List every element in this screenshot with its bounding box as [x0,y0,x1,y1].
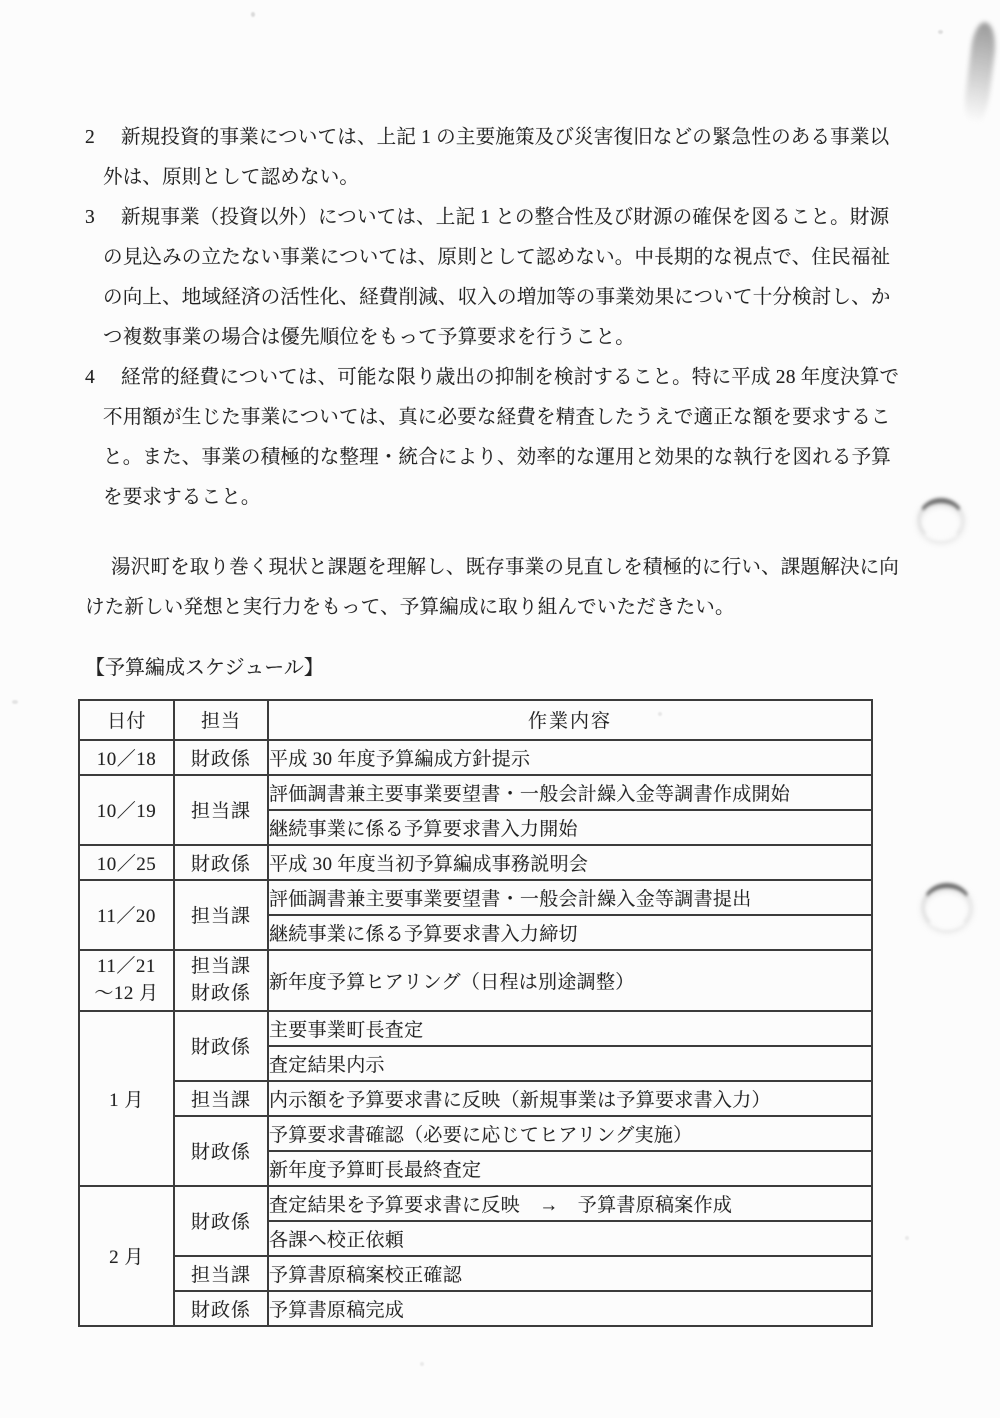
item-number: 2 [85,127,95,148]
staff-cell: 財政係 [174,1116,268,1186]
table-row: 11／21 ～12 月 担当課 財政係 新年度予算ヒアリング（日程は別途調整） [79,950,872,1011]
schedule-table: 日付 担当 作業内容 10／18 財政係 平成 30 年度予算編成方針提示 10… [78,699,873,1327]
task-cell: 査定結果を予算要求書に反映 → 予算書原稿案作成 [268,1186,872,1221]
task-cell: 評価調書兼主要事業要望書・一般会計繰入金等調書作成開始 [268,775,872,810]
staff-cell: 担当課 [174,775,268,845]
table-header-row: 日付 担当 作業内容 [79,700,872,740]
scanned-document-page: 2新規投資的事業については、上記 1 の主要施策及び災害復旧などの緊急性のある事… [0,0,1000,1418]
scan-speck [251,12,255,17]
date-cell: 10／25 [79,845,174,880]
date-cell: 11／21 ～12 月 [79,950,174,1011]
scan-speck [938,30,943,34]
date-line: ～12 月 [80,980,173,1007]
item-text: 新規投資的事業については、上記 1 の主要施策及び災害復旧などの緊急性のある事業… [103,127,889,188]
column-header-task: 作業内容 [268,700,872,740]
task-cell: 内示額を予算要求書に反映（新規事業は予算要求書入力） [268,1081,872,1116]
table-row: 担当課 予算書原稿案校正確認 [79,1256,872,1291]
task-cell: 新年度予算町長最終査定 [268,1151,872,1186]
policy-item-2: 2新規投資的事業については、上記 1 の主要施策及び災害復旧などの緊急性のある事… [85,118,907,198]
scan-speck [420,1362,424,1366]
item-text: 新規事業（投資以外）については、上記 1 との整合性及び財源の確保を図ること。財… [103,207,891,348]
date-line: 11／21 [80,953,173,980]
scan-smudge-artifact [962,21,999,128]
policy-item-4: 4経常的経費については、可能な限り歳出の抑制を検討すること。特に平成 28 年度… [85,358,907,518]
date-cell: 1 月 [79,1011,174,1186]
table-row: 財政係 予算書原稿完成 [79,1291,872,1326]
staff-cell: 財政係 [174,1011,268,1081]
staff-cell: 担当課 財政係 [174,950,268,1011]
staff-cell: 財政係 [174,1291,268,1326]
schedule-heading: 【予算編成スケジュール】 [85,654,907,682]
punch-hole-shadow-artifact [922,883,972,930]
staff-cell: 財政係 [174,1186,268,1256]
item-number: 4 [85,367,95,388]
policy-item-3: 3新規事業（投資以外）については、上記 1 との整合性及び財源の確保を図ること。… [85,198,907,358]
task-cell: 継続事業に係る予算要求書入力締切 [268,915,872,950]
closing-paragraph: 湯沢町を取り巻く現状と課題を理解し、既存事業の見直しを積極的に行い、課題解決に向… [85,548,907,628]
task-cell: 継続事業に係る予算要求書入力開始 [268,810,872,845]
task-cell: 各課へ校正依頼 [268,1221,872,1256]
table-row: 財政係 予算要求書確認（必要に応じてヒアリング実施） [79,1116,872,1151]
staff-cell: 財政係 [174,740,268,775]
task-cell: 平成 30 年度予算編成方針提示 [268,740,872,775]
date-cell: 11／20 [79,880,174,950]
task-cell: 評価調書兼主要事業要望書・一般会計繰入金等調書提出 [268,880,872,915]
table-row: 担当課 内示額を予算要求書に反映（新規事業は予算要求書入力） [79,1081,872,1116]
task-cell: 新年度予算ヒアリング（日程は別途調整） [268,950,872,1011]
task-cell: 主要事業町長査定 [268,1011,872,1046]
task-cell: 予算書原稿案校正確認 [268,1256,872,1291]
table-row: 11／20 担当課 評価調書兼主要事業要望書・一般会計繰入金等調書提出 [79,880,872,915]
date-cell: 10／18 [79,740,174,775]
task-cell: 査定結果内示 [268,1046,872,1081]
item-number: 3 [85,207,95,228]
table-row: 2 月 財政係 査定結果を予算要求書に反映 → 予算書原稿案作成 [79,1186,872,1221]
staff-cell: 担当課 [174,1256,268,1291]
table-row: 10／19 担当課 評価調書兼主要事業要望書・一般会計繰入金等調書作成開始 [79,775,872,810]
table-row: 10／18 財政係 平成 30 年度予算編成方針提示 [79,740,872,775]
table-row: 10／25 財政係 平成 30 年度当初予算編成事務説明会 [79,845,872,880]
scan-speck [12,700,18,704]
staff-line: 担当課 [175,953,267,980]
table-row: 1 月 財政係 主要事業町長査定 [79,1011,872,1046]
staff-cell: 財政係 [174,845,268,880]
date-cell: 10／19 [79,775,174,845]
staff-cell: 担当課 [174,1081,268,1116]
task-cell: 予算書原稿完成 [268,1291,872,1326]
staff-cell: 担当課 [174,880,268,950]
punch-hole-shadow-artifact [918,498,964,541]
document-content: 2新規投資的事業については、上記 1 の主要施策及び災害復旧などの緊急性のある事… [85,118,907,1327]
task-cell: 予算要求書確認（必要に応じてヒアリング実施） [268,1116,872,1151]
task-cell: 平成 30 年度当初予算編成事務説明会 [268,845,872,880]
staff-line: 財政係 [175,980,267,1007]
date-cell: 2 月 [79,1186,174,1326]
column-header-staff: 担当 [174,700,268,740]
column-header-date: 日付 [79,700,174,740]
item-text: 経常的経費については、可能な限り歳出の抑制を検討すること。特に平成 28 年度決… [103,367,899,508]
